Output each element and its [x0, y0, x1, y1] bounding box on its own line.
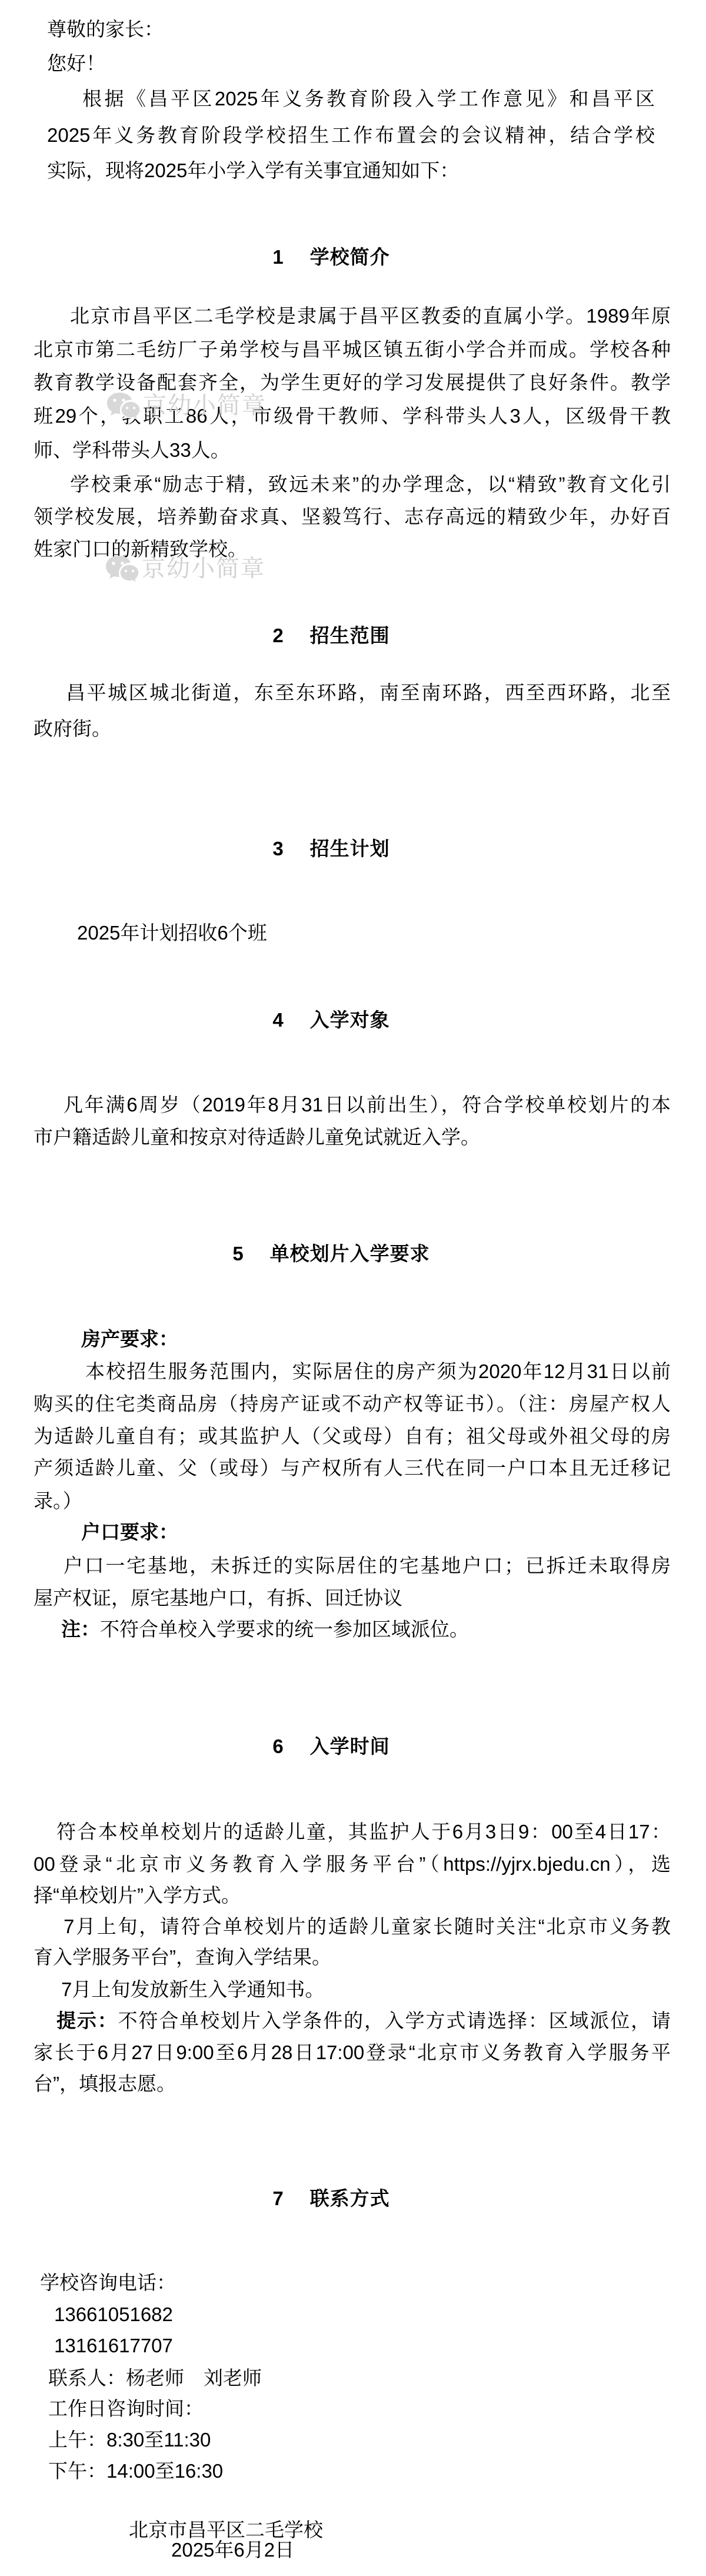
hours-morning: 上午：8:30至11:30	[48, 2428, 211, 2452]
salutation: 您好！	[47, 52, 105, 75]
intro-line: 2025年义务教育阶段学校招生工作布置会的会议精神，结合学校	[47, 124, 655, 147]
paragraph-line: 7月上旬，请符合单校划片的适龄儿童家长随时关注“北京市义务教	[64, 1915, 671, 1938]
paragraph-line: 购买的住宅类商品房（持房产证或不动产权等证书）。（注：房屋产权人	[34, 1392, 671, 1416]
paragraph-line: 本校招生服务范围内，实际居住的房产须为2020年12月31日以前	[85, 1360, 671, 1383]
section-title: 入学对象	[310, 1009, 390, 1031]
section-heading-contact: 7联系方式	[0, 2187, 662, 2210]
hours-label: 工作日咨询时间：	[48, 2397, 204, 2421]
phone-number: 13661051682	[54, 2303, 173, 2326]
section-title: 联系方式	[310, 2187, 390, 2209]
watermark-text: 京幼小简章	[143, 391, 267, 420]
section-number: 4	[272, 1008, 283, 1032]
paragraph-line: 7月上旬发放新生入学通知书。	[61, 1978, 324, 2001]
paragraph-line: 凡年满6周岁（2019年8月31日以前出生），符合学校单校划片的本	[64, 1093, 671, 1117]
phone-label: 学校咨询电话：	[40, 2271, 176, 2295]
section-heading-enrollment-plan: 3招生计划	[0, 837, 662, 861]
paragraph-line: 北京市第二毛纺厂子弟学校与昌平城区镇五街小学合并而成。学校各种	[34, 338, 671, 361]
paragraph-line: 符合本校单校划片的适龄儿童，其监护人于6月3日9：00至4日17：	[56, 1820, 671, 1844]
paragraph-line: 为适龄儿童自有；或其监护人（父或母）自有；祖父母或外祖父母的房	[34, 1425, 671, 1448]
intro-line: 实际，现将2025年小学入学有关事宜通知如下：	[47, 159, 459, 182]
paragraph-line: 教育教学设备配套齐全，为学生更好的学习发展提供了良好条件。教学	[34, 371, 671, 394]
section-heading-enrollment-time: 6入学时间	[0, 1735, 662, 1758]
paragraph-line: 市户籍适龄儿童和按京对待适龄儿童免试就近入学。	[34, 1126, 480, 1149]
note-text: 不符合单校入学要求的统一参加区域派位。	[100, 1618, 469, 1640]
section-number: 1	[272, 245, 283, 269]
section-heading-eligibility: 4入学对象	[0, 1008, 662, 1032]
hukou-requirement-label: 户口要求：	[81, 1521, 178, 1544]
paragraph-line: 台”，填报志愿。	[34, 2072, 176, 2096]
tip-line: 提示：不符合单校划片入学条件的，入学方式请选择：区域派位，请	[56, 2009, 671, 2033]
paragraph-line: 政府街。	[34, 717, 111, 741]
paragraph-line: 昌平城区城北街道，东至东环路，南至南环路，西至西环路，北至	[66, 681, 671, 705]
housing-requirement-label: 房产要求：	[81, 1327, 178, 1351]
intro-line: 根据《昌平区2025年义务教育阶段入学工作意见》和昌平区	[82, 87, 655, 111]
phone-number: 13161617707	[54, 2334, 173, 2358]
section-title: 招生计划	[310, 838, 390, 859]
section-number: 2	[272, 624, 283, 648]
section-heading-requirements: 5单校划片入学要求	[0, 1242, 662, 1266]
signature-date: 2025年6月2日	[171, 2538, 294, 2562]
section-title: 入学时间	[310, 1735, 390, 1757]
paragraph-line: 学校秉承“励志于精，致远未来”的办学理念，以“精致”教育文化引	[70, 473, 671, 496]
paragraph-line: 育入学服务平台”，查询入学结果。	[34, 1946, 331, 1969]
wechat-icon	[105, 555, 139, 585]
section-heading-school-intro: 1学校简介	[0, 245, 662, 269]
paragraph-line: 录。）	[34, 1489, 82, 1513]
contact-person: 联系人：杨老师 刘老师	[48, 2366, 262, 2390]
note-label: 注：	[61, 1618, 100, 1640]
section-number: 7	[272, 2187, 283, 2210]
paragraph-line: 2025年计划招收6个班	[77, 921, 267, 945]
paragraph-line: 师、学科带头人33人。	[34, 439, 230, 462]
watermark-text: 京幼小简章	[142, 555, 265, 583]
section-heading-enrollment-area: 2招生范围	[0, 624, 662, 648]
paragraph-line: 00登录“北京市义务教育入学服务平台”（https://yjrx.bjedu.c…	[34, 1853, 671, 1876]
watermark: 京幼小简章	[105, 555, 317, 585]
watermark: 京幼小简章	[106, 391, 318, 422]
section-number: 6	[272, 1735, 283, 1758]
section-title: 单校划片入学要求	[270, 1243, 430, 1264]
paragraph-line: 屋产权证，原宅基地户口，有拆、回迁协议	[34, 1586, 402, 1610]
section-title: 招生范围	[310, 625, 390, 646]
hours-afternoon: 下午：14:00至16:30	[48, 2459, 223, 2483]
paragraph-line: 产须适龄儿童、父（或母）与产权所有人三代在同一户口本且无迁移记	[34, 1456, 671, 1480]
wechat-icon	[106, 391, 140, 422]
greeting: 尊敬的家长：	[47, 18, 164, 41]
tip-text: 不符合单校划片入学条件的，入学方式请选择：区域派位，请	[118, 2010, 671, 2031]
section-title: 学校简介	[310, 246, 390, 268]
tip-label: 提示：	[56, 2010, 118, 2031]
paragraph-line: 户口一宅基地，未拆迁的实际居住的宅基地户口；已拆迁未取得房	[64, 1554, 671, 1578]
paragraph-line: 择“单校划片”入学方式。	[34, 1884, 241, 1907]
paragraph-line: 领学校发展，培养勤奋求真、坚毅笃行、志存高远的精致少年，办好百	[34, 505, 671, 529]
section-number: 3	[272, 837, 283, 861]
paragraph-line: 家长于6月27日9:00至6月28日17:00登录“北京市义务教育入学服务平	[34, 2041, 671, 2064]
paragraph-line: 北京市昌平区二毛学校是隶属于昌平区教委的直属小学。1989年原	[70, 304, 671, 328]
note-line: 注：不符合单校入学要求的统一参加区域派位。	[61, 1618, 469, 1641]
section-number: 5	[232, 1242, 243, 1266]
